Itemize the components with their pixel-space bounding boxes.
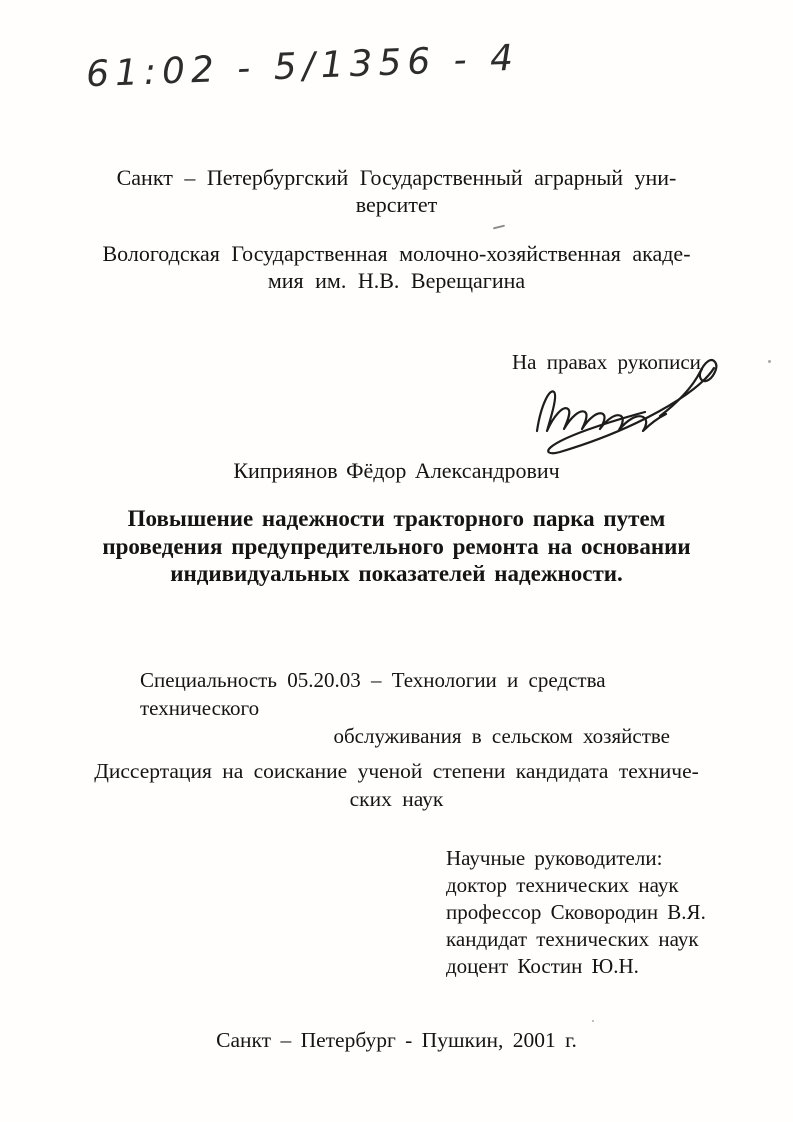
dissertation-title-line2: проведения предупредительного ремонта на… — [55, 533, 738, 561]
academy-name: Вологодская Государственная молочно-хозя… — [96, 240, 697, 294]
signature-name-stroke — [537, 391, 666, 431]
dissertation-title-line1: Повышение надежности тракторного парка п… — [55, 505, 738, 533]
specialty-block: Специальность 05.20.03 – Технологии и ср… — [140, 666, 670, 750]
thesis-statement: Диссертация на соискание ученой степени … — [80, 757, 713, 813]
manuscript-rights-note: На правах рукописи — [512, 350, 701, 375]
university-name: Санкт – Петербургский Государственный аг… — [96, 164, 697, 218]
supervisor-name-2: доцент Костин Ю.Н. — [446, 953, 706, 980]
academy-name-line2: мия им. Н.В. Верещагина — [96, 267, 697, 294]
specialty-line2: обслуживания в сельском хозяйстве — [140, 722, 670, 750]
supervisor-degree-1: доктор технических наук — [446, 872, 706, 899]
author-name: Киприянов Фёдор Александрович — [0, 458, 793, 484]
scan-speck — [592, 1020, 594, 1022]
scan-speck — [768, 360, 771, 363]
supervisor-name-1: профессор Сковородин В.Я. — [446, 899, 706, 926]
dissertation-title: Повышение надежности тракторного парка п… — [55, 505, 738, 588]
pen-mark — [493, 225, 505, 230]
university-name-line1: Санкт – Петербургский Государственный аг… — [96, 164, 697, 191]
dissertation-title-page: 61:02 - 5/1356 - 4 Санкт – Петербургский… — [0, 0, 793, 1122]
place-and-year: Санкт – Петербург - Пушкин, 2001 г. — [0, 1028, 793, 1053]
university-name-line2: верситет — [96, 191, 697, 218]
supervisors-heading: Научные руководители: — [446, 845, 706, 872]
academy-name-line1: Вологодская Государственная молочно-хозя… — [96, 240, 697, 267]
supervisor-degree-2: кандидат технических наук — [446, 926, 706, 953]
thesis-line1: Диссертация на соискание ученой степени … — [80, 757, 713, 785]
supervisors-block: Научные руководители: доктор технических… — [446, 845, 706, 980]
handwritten-catalog-number: 61:02 - 5/1356 - 4 — [85, 38, 519, 96]
dissertation-title-line3: индивидуальных показателей надежности. — [55, 560, 738, 588]
signature-underline-stroke — [548, 368, 714, 453]
thesis-line2: ских наук — [80, 785, 713, 813]
specialty-line1: Специальность 05.20.03 – Технологии и ср… — [140, 666, 670, 722]
